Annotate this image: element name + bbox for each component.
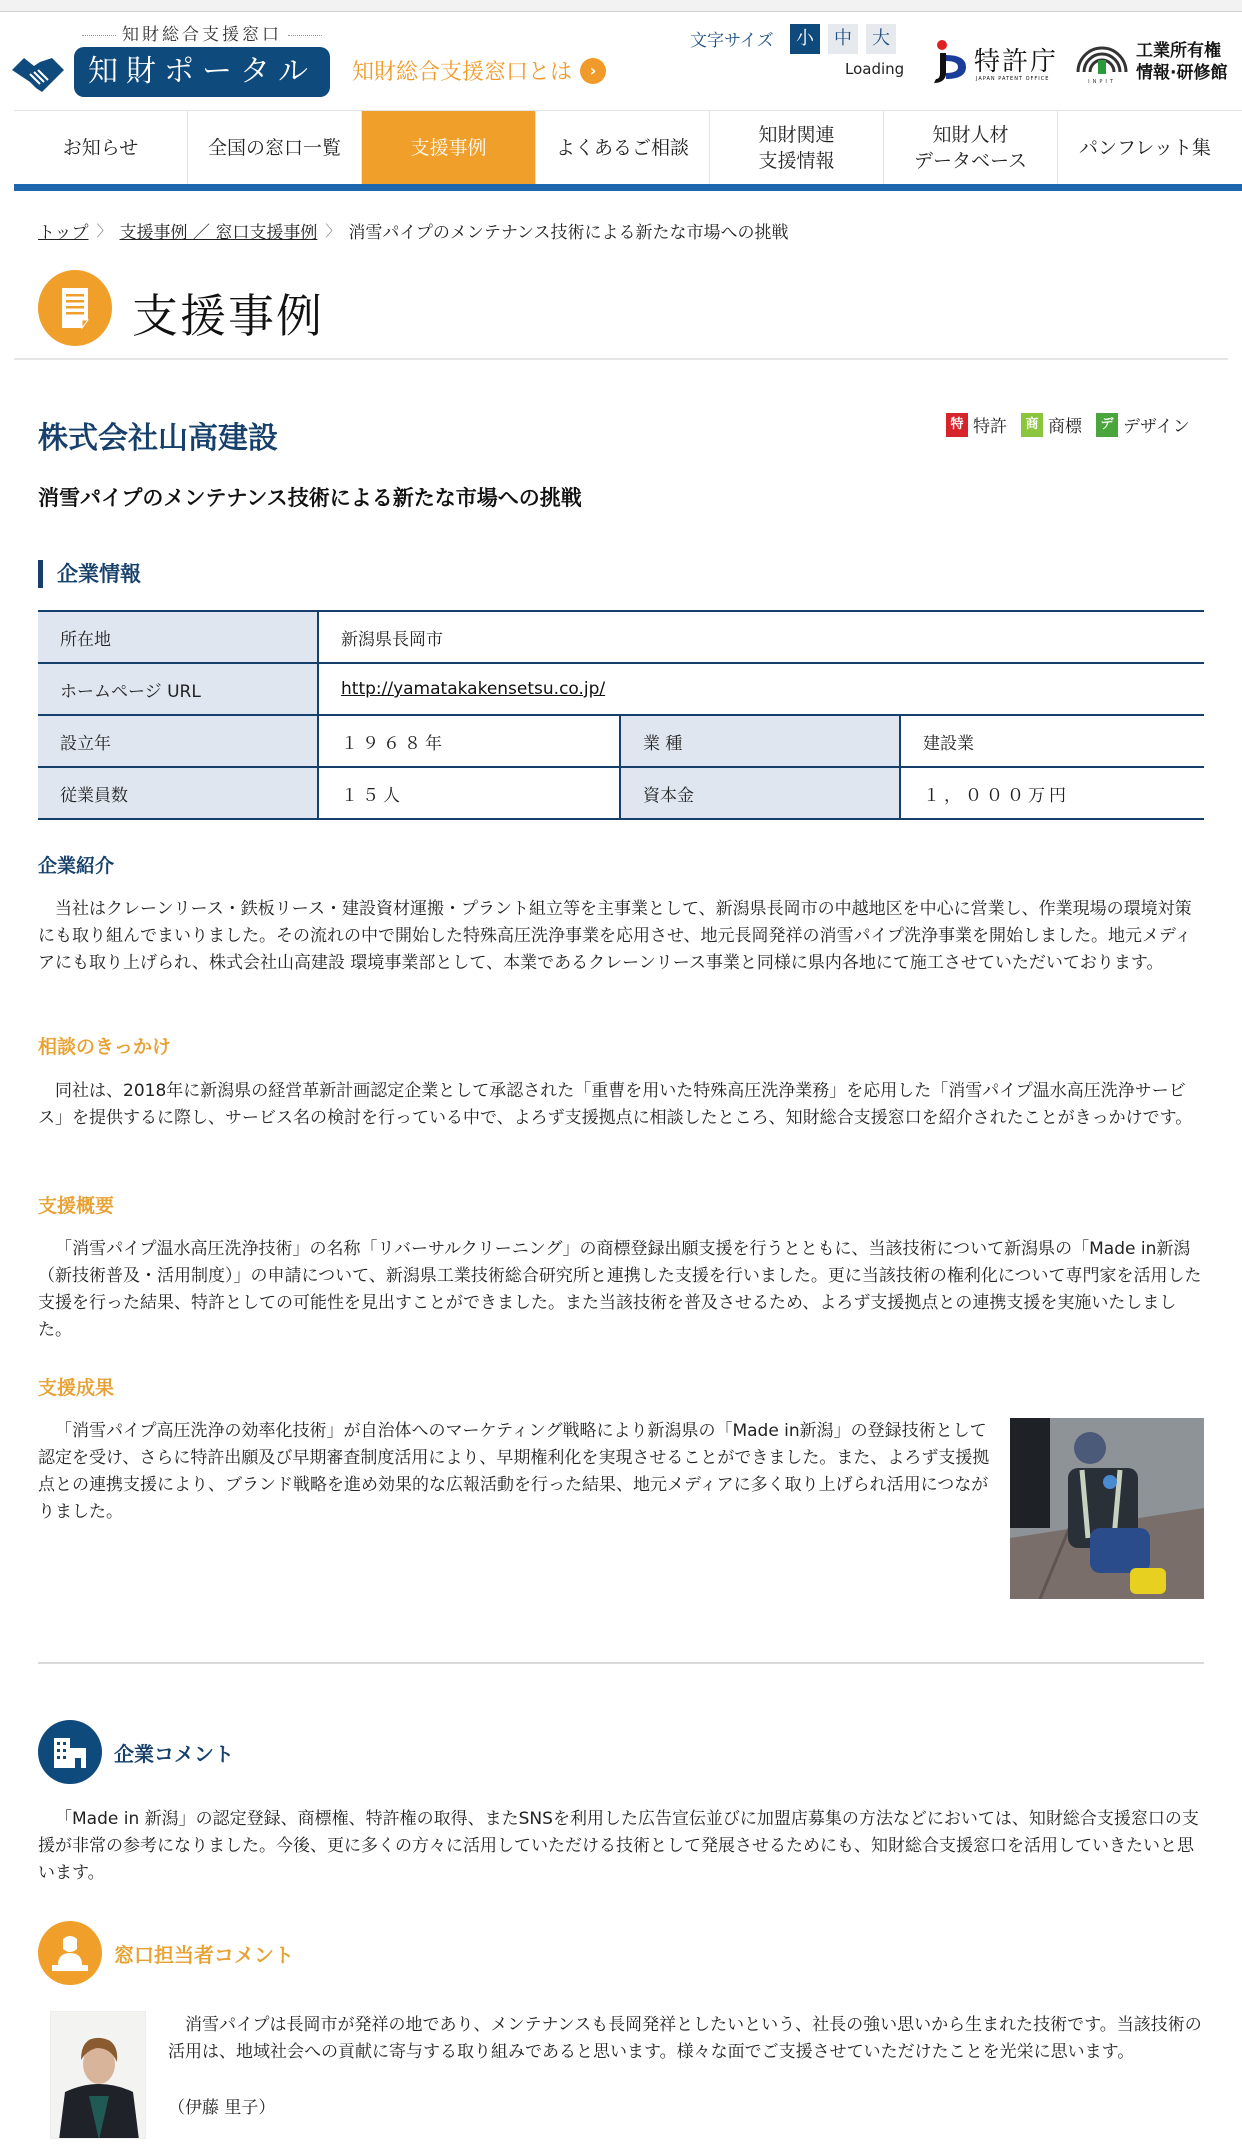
nav-item-talent-db[interactable]: 知財人材 データベース [884, 111, 1058, 185]
table-row: 従業員数 １５人 資本金 １，０００万円 [38, 767, 1204, 819]
nav-item-offices[interactable]: 全国の窓口一覧 [188, 111, 362, 185]
case-title: 消雪パイプのメンテナンス技術による新たな市場への挑戦 [38, 482, 582, 512]
worker-photo [1010, 1418, 1204, 1599]
founded-label: 設立年 [38, 715, 318, 767]
chevron-right-icon: 〉 [97, 220, 112, 241]
jpo-logo-text: 特許庁 [974, 49, 1058, 75]
building-icon [38, 1720, 102, 1784]
nav-item-faq[interactable]: よくあるご相談 [536, 111, 710, 185]
nav-item-cases[interactable]: 支援事例 [362, 111, 536, 185]
chevron-right-icon: › [580, 58, 606, 84]
staff-comment-text: 消雪パイプは長岡市が発祥の地であり、メンテナンスも長岡発祥としたいという、社長の… [168, 2012, 1208, 2066]
employees-value: １５人 [318, 767, 620, 819]
tag-design: デ デザイン [1096, 412, 1190, 437]
inpit-logo-line1: 工業所有権 [1136, 40, 1227, 62]
global-nav: お知らせ 全国の窓口一覧 支援事例 よくあるご相談 知財関連 支援情報 知財人材… [14, 110, 1242, 184]
tag-patent-label: 特許 [973, 412, 1007, 437]
breadcrumb-current: 消雪パイプのメンテナンス技術による新たな市場への挑戦 [348, 218, 788, 243]
nav-item-pamphlets[interactable]: パンフレット集 [1058, 111, 1232, 185]
intro-text: 当社はクレーンリース・鉄板リース・建設資材運搬・プラント組立等を主事業として、新… [38, 896, 1204, 977]
ip-type-tags: 特 特許 商 商標 デ デザイン [946, 412, 1190, 437]
capital-value: １，０００万円 [900, 767, 1204, 819]
section-heading-intro: 企業紹介 [38, 851, 114, 878]
capital-label: 資本金 [620, 767, 900, 819]
inpit-logo-line2: 情報·研修館 [1136, 62, 1227, 84]
design-badge-icon: デ [1096, 413, 1118, 437]
section-heading-overview: 支援概要 [38, 1191, 114, 1218]
founded-value: １９６８年 [318, 715, 620, 767]
chevron-right-icon: 〉 [325, 220, 340, 241]
breadcrumb-cases-link[interactable]: 支援事例 ／ 窓口支援事例 [120, 218, 318, 243]
tag-trademark-label: 商標 [1048, 412, 1082, 437]
nav-item-support-info-label: 知財関連 支援情報 [758, 122, 834, 174]
breadcrumb: トップ 〉 支援事例 ／ 窓口支援事例 〉 消雪パイプのメンテナンス技術による新… [38, 218, 788, 243]
logo-kicker: 知財総合支援窓口 [74, 20, 330, 45]
overview-text: 「消雪パイプ温水高圧洗浄技術」の名称「リバーサルクリーニング」の商標登録出願支援… [38, 1236, 1204, 1344]
jpo-logo-subtext: JAPAN PATENT OFFICE [976, 76, 1049, 82]
handshake-icon [10, 52, 66, 96]
jpo-mark-icon [928, 39, 968, 85]
nav-item-talent-db-label: 知財人材 データベース [914, 122, 1027, 174]
industry-value: 建設業 [900, 715, 1204, 767]
browser-top-strip [0, 0, 1242, 12]
company-info-table: 所在地 新潟県長岡市 ホームページ URL http://yamatakaken… [38, 610, 1204, 820]
staff-name: （伊藤 里子） [168, 2093, 275, 2118]
homepage-link[interactable]: http://yamatakakensetsu.co.jp/ [341, 679, 605, 699]
industry-label: 業 種 [620, 715, 900, 767]
inpit-logo[interactable]: INPIT 工業所有権 情報·研修館 [1074, 38, 1234, 88]
font-size-large-button[interactable]: 大 [866, 24, 896, 54]
font-size-small-button[interactable]: 小 [790, 24, 820, 54]
inpit-arch-icon: INPIT [1074, 42, 1130, 84]
loading-text: Loading [845, 60, 904, 78]
nav-item-support-info[interactable]: 知財関連 支援情報 [710, 111, 884, 185]
nav-item-news[interactable]: お知らせ [14, 111, 188, 185]
location-value: 新潟県長岡市 [318, 611, 1204, 663]
breadcrumb-top-link[interactable]: トップ [38, 218, 89, 243]
table-row: ホームページ URL http://yamatakakensetsu.co.jp… [38, 663, 1204, 715]
tag-patent: 特 特許 [946, 412, 1007, 437]
divider [38, 1662, 1204, 1664]
section-heading-company-info: 企業情報 [38, 560, 141, 588]
trigger-text: 同社は、2018年に新潟県の経営革新計画認定企業として承認された「重曹を用いた特… [38, 1078, 1204, 1132]
nav-underline [14, 184, 1242, 191]
company-comment-heading: 企業コメント [114, 1738, 234, 1767]
section-heading-trigger: 相談のきっかけ [38, 1032, 171, 1059]
jpo-logo[interactable]: 特許庁 JAPAN PATENT OFFICE [928, 38, 1058, 86]
page-title: 支援事例 [132, 280, 324, 346]
tag-trademark: 商 商標 [1021, 412, 1082, 437]
font-size-medium-button[interactable]: 中 [828, 24, 858, 54]
table-row: 設立年 １９６８年 業 種 建設業 [38, 715, 1204, 767]
document-icon [38, 270, 112, 346]
employees-label: 従業員数 [38, 767, 318, 819]
about-link[interactable]: 知財総合支援窓口とは › [352, 55, 606, 86]
divider [14, 358, 1228, 360]
company-comment-text: 「Made in 新潟」の認定登録、商標権、特許権の取得、またSNSを利用した広… [38, 1806, 1204, 1887]
company-name: 株式会社山高建設 [38, 413, 278, 457]
staff-person-icon [38, 1921, 102, 1985]
staff-comment-heading: 窓口担当者コメント [114, 1939, 294, 1968]
about-link-label: 知財総合支援窓口とは [352, 55, 572, 86]
result-text: 「消雪パイプ高圧洗浄の効率化技術」が自治体へのマーケティング戦略により新潟県の「… [38, 1418, 994, 1526]
site-logo[interactable]: 知財ポータル [74, 47, 330, 97]
svg-text:INPIT: INPIT [1088, 79, 1116, 84]
patent-badge-icon: 特 [946, 413, 968, 437]
location-label: 所在地 [38, 611, 318, 663]
staff-photo [50, 2011, 146, 2139]
font-size-label: 文字サイズ [690, 26, 774, 51]
section-heading-result: 支援成果 [38, 1373, 114, 1400]
tag-design-label: デザイン [1123, 412, 1190, 437]
url-label: ホームページ URL [38, 663, 318, 715]
trademark-badge-icon: 商 [1021, 413, 1043, 437]
table-row: 所在地 新潟県長岡市 [38, 611, 1204, 663]
